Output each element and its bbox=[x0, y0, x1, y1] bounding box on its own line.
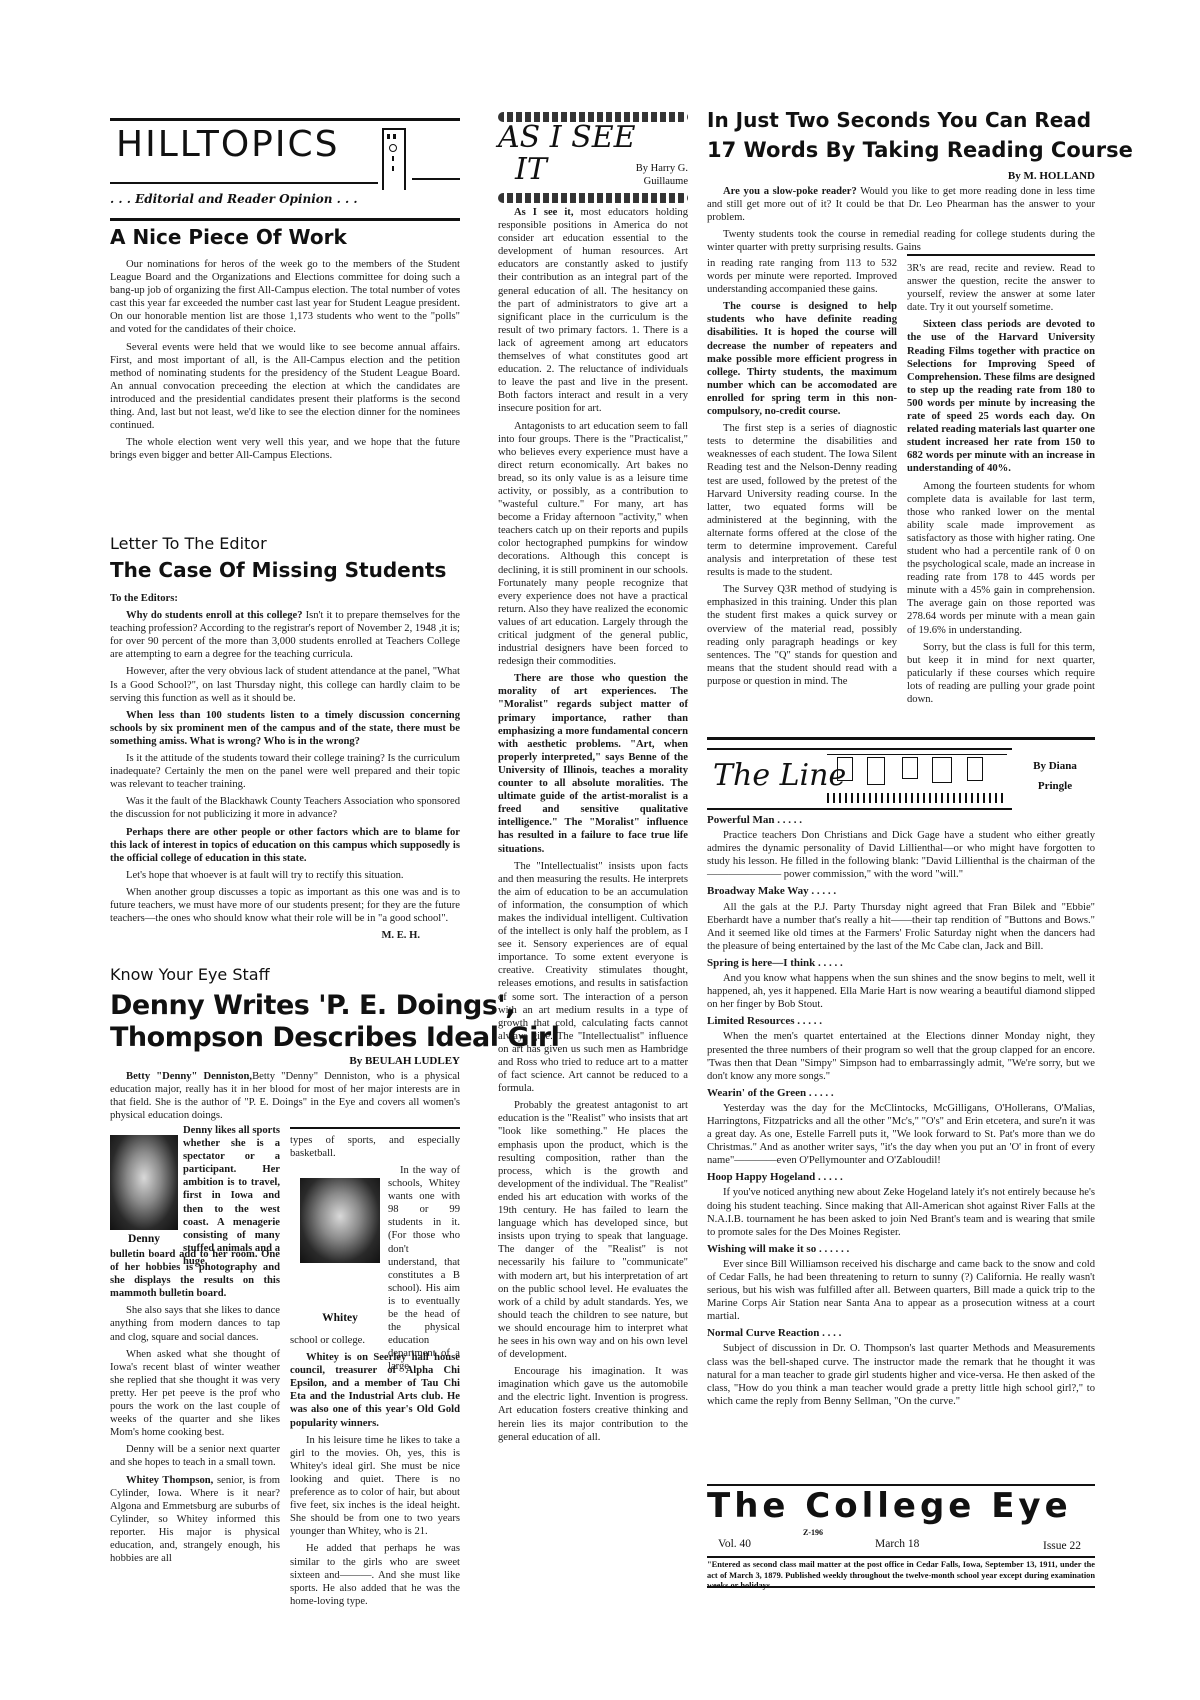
letter-paragraph: Perhaps there are other people or other … bbox=[110, 826, 460, 865]
the-line-body: Powerful Man . . . . . Practice teachers… bbox=[707, 812, 1095, 1412]
item-text: And you know what happens when the sun s… bbox=[707, 972, 1095, 1011]
decorative-wave-bottom bbox=[498, 193, 688, 203]
letter-paragraph: When less than 100 students listen to a … bbox=[110, 709, 460, 748]
letter-body: To the Editors: Why do students enroll a… bbox=[110, 592, 460, 942]
masthead-date: March 18 bbox=[875, 1538, 919, 1550]
denny-column-body: bulletin board add to her room. One of h… bbox=[110, 1248, 280, 1569]
item-heading: Normal Curve Reaction . . . . bbox=[707, 1327, 1095, 1340]
item-text: All the gals at the P.J. Party Thursday … bbox=[707, 901, 1095, 953]
reading-right-col: 3R's are read, recite and review. Read t… bbox=[907, 262, 1095, 710]
masthead-issue: Issue 22 bbox=[1043, 1540, 1081, 1552]
letter-paragraph: However, after the very obvious lack of … bbox=[110, 665, 460, 704]
column-rule bbox=[290, 1127, 460, 1129]
letter-kicker: Letter To The Editor bbox=[110, 534, 267, 553]
as-i-see-it-title-2: IT bbox=[515, 152, 547, 187]
letter-paragraph: Let's hope that whoever is at fault will… bbox=[110, 869, 460, 882]
staff-headline-1: Denny Writes 'P. E. Doings', bbox=[110, 990, 515, 1021]
masthead-mid-rule bbox=[707, 1556, 1095, 1558]
the-line-byline-2: Pringle bbox=[1020, 780, 1090, 792]
letter-paragraph: Why do students enroll at this college? … bbox=[110, 609, 460, 661]
editorial-paragraph: The whole election went very well this y… bbox=[110, 436, 460, 462]
clothesline-illustration-icon bbox=[827, 754, 1007, 803]
section-divider bbox=[707, 737, 1095, 740]
staff-headline-2: Thompson Describes Ideal Girl bbox=[110, 1022, 559, 1053]
reading-headline-2: 17 Words By Taking Reading Course bbox=[707, 138, 1133, 162]
staff-intro: Betty "Denny" Denniston,Betty "Denny" De… bbox=[110, 1070, 460, 1126]
letter-paragraph: Was it the fault of the Blackhawk County… bbox=[110, 795, 460, 821]
tower-icon bbox=[382, 128, 406, 190]
denny-photo bbox=[110, 1135, 178, 1230]
whitey-col-top: types of sports, and especially basketba… bbox=[290, 1134, 460, 1160]
reading-byline: By M. HOLLAND bbox=[707, 170, 1095, 182]
reading-left-col: in reading rate ranging from 113 to 532 … bbox=[707, 257, 897, 692]
the-line-byline-1: By Diana bbox=[1020, 760, 1090, 772]
letter-signature: M. E. H. bbox=[110, 929, 460, 942]
denny-caption: Denny bbox=[110, 1233, 178, 1245]
the-line-logo: The Line bbox=[707, 748, 1012, 810]
item-heading: Limited Resources . . . . . bbox=[707, 1015, 1095, 1028]
item-heading: Hoop Happy Hogeland . . . . . bbox=[707, 1171, 1095, 1184]
item-heading: Spring is here—I think . . . . . bbox=[707, 957, 1095, 970]
editorial-headline: A Nice Piece Of Work bbox=[110, 225, 347, 249]
staff-kicker: Know Your Eye Staff bbox=[110, 965, 270, 984]
hilltopics-subtitle: . . . Editorial and Reader Opinion . . . bbox=[110, 192, 358, 206]
reading-intro: Are you a slow-poke reader? Would you li… bbox=[707, 185, 1095, 258]
letter-salutation: To the Editors: bbox=[110, 592, 460, 605]
letter-paragraph: When another group discusses a topic as … bbox=[110, 886, 460, 925]
title-underline bbox=[110, 182, 378, 184]
header-bottom-rule bbox=[110, 218, 460, 221]
masthead-bottom-rule bbox=[707, 1586, 1095, 1588]
as-i-see-it-title-1: AS I SEE bbox=[498, 120, 636, 155]
item-heading: Powerful Man . . . . . bbox=[707, 814, 1095, 827]
staff-intro-paragraph: Betty "Denny" Denniston,Betty "Denny" De… bbox=[110, 1070, 460, 1122]
denny-beside-photo: Denny likes all sports whether she is a … bbox=[183, 1124, 280, 1268]
item-heading: Wearin' of the Green . . . . . bbox=[707, 1087, 1095, 1100]
masthead-volume: Vol. 40 bbox=[718, 1538, 751, 1550]
item-text: Practice teachers Don Christians and Dic… bbox=[707, 829, 1095, 881]
top-rule bbox=[110, 118, 460, 121]
item-text: If you've noticed anything new about Zek… bbox=[707, 1186, 1095, 1238]
masthead-code: Z-196 bbox=[803, 1528, 823, 1537]
as-i-see-it-byline: By Harry G. Guillaume bbox=[606, 162, 688, 188]
whitey-caption: Whitey bbox=[300, 1312, 380, 1324]
reading-headline-1: In Just Two Seconds You Can Read bbox=[707, 108, 1091, 132]
reading-column-rule bbox=[907, 254, 1095, 256]
whitey-photo bbox=[300, 1178, 380, 1263]
letter-paragraph: Is it the attitude of the students towar… bbox=[110, 752, 460, 791]
editorial-body: Our nominations for heros of the week go… bbox=[110, 258, 460, 466]
editorial-paragraph: Several events were held that we would l… bbox=[110, 341, 460, 433]
item-heading: Broadway Make Way . . . . . bbox=[707, 885, 1095, 898]
hilltopics-title: HILLTOPICS bbox=[116, 124, 339, 165]
staff-byline: By BEULAH LUDLEY bbox=[110, 1055, 460, 1067]
item-heading: Wishing will make it so . . . . . . bbox=[707, 1243, 1095, 1256]
whitey-column-body: school or college. Whitey is on Seerley … bbox=[290, 1334, 460, 1612]
item-text: Yesterday was the day for the McClintock… bbox=[707, 1102, 1095, 1167]
item-text: Subject of discussion in Dr. O. Thompson… bbox=[707, 1342, 1095, 1407]
tower-side-rule bbox=[412, 178, 460, 180]
editorial-paragraph: Our nominations for heros of the week go… bbox=[110, 258, 460, 337]
masthead-title: The College Eye bbox=[707, 1486, 1072, 1526]
item-text: When the men's quartet entertained at th… bbox=[707, 1030, 1095, 1082]
letter-headline: The Case Of Missing Students bbox=[110, 558, 446, 582]
item-text: Ever since Bill Williamson received his … bbox=[707, 1258, 1095, 1323]
as-i-see-it-body: As I see it, most educators holding resp… bbox=[498, 206, 688, 1448]
